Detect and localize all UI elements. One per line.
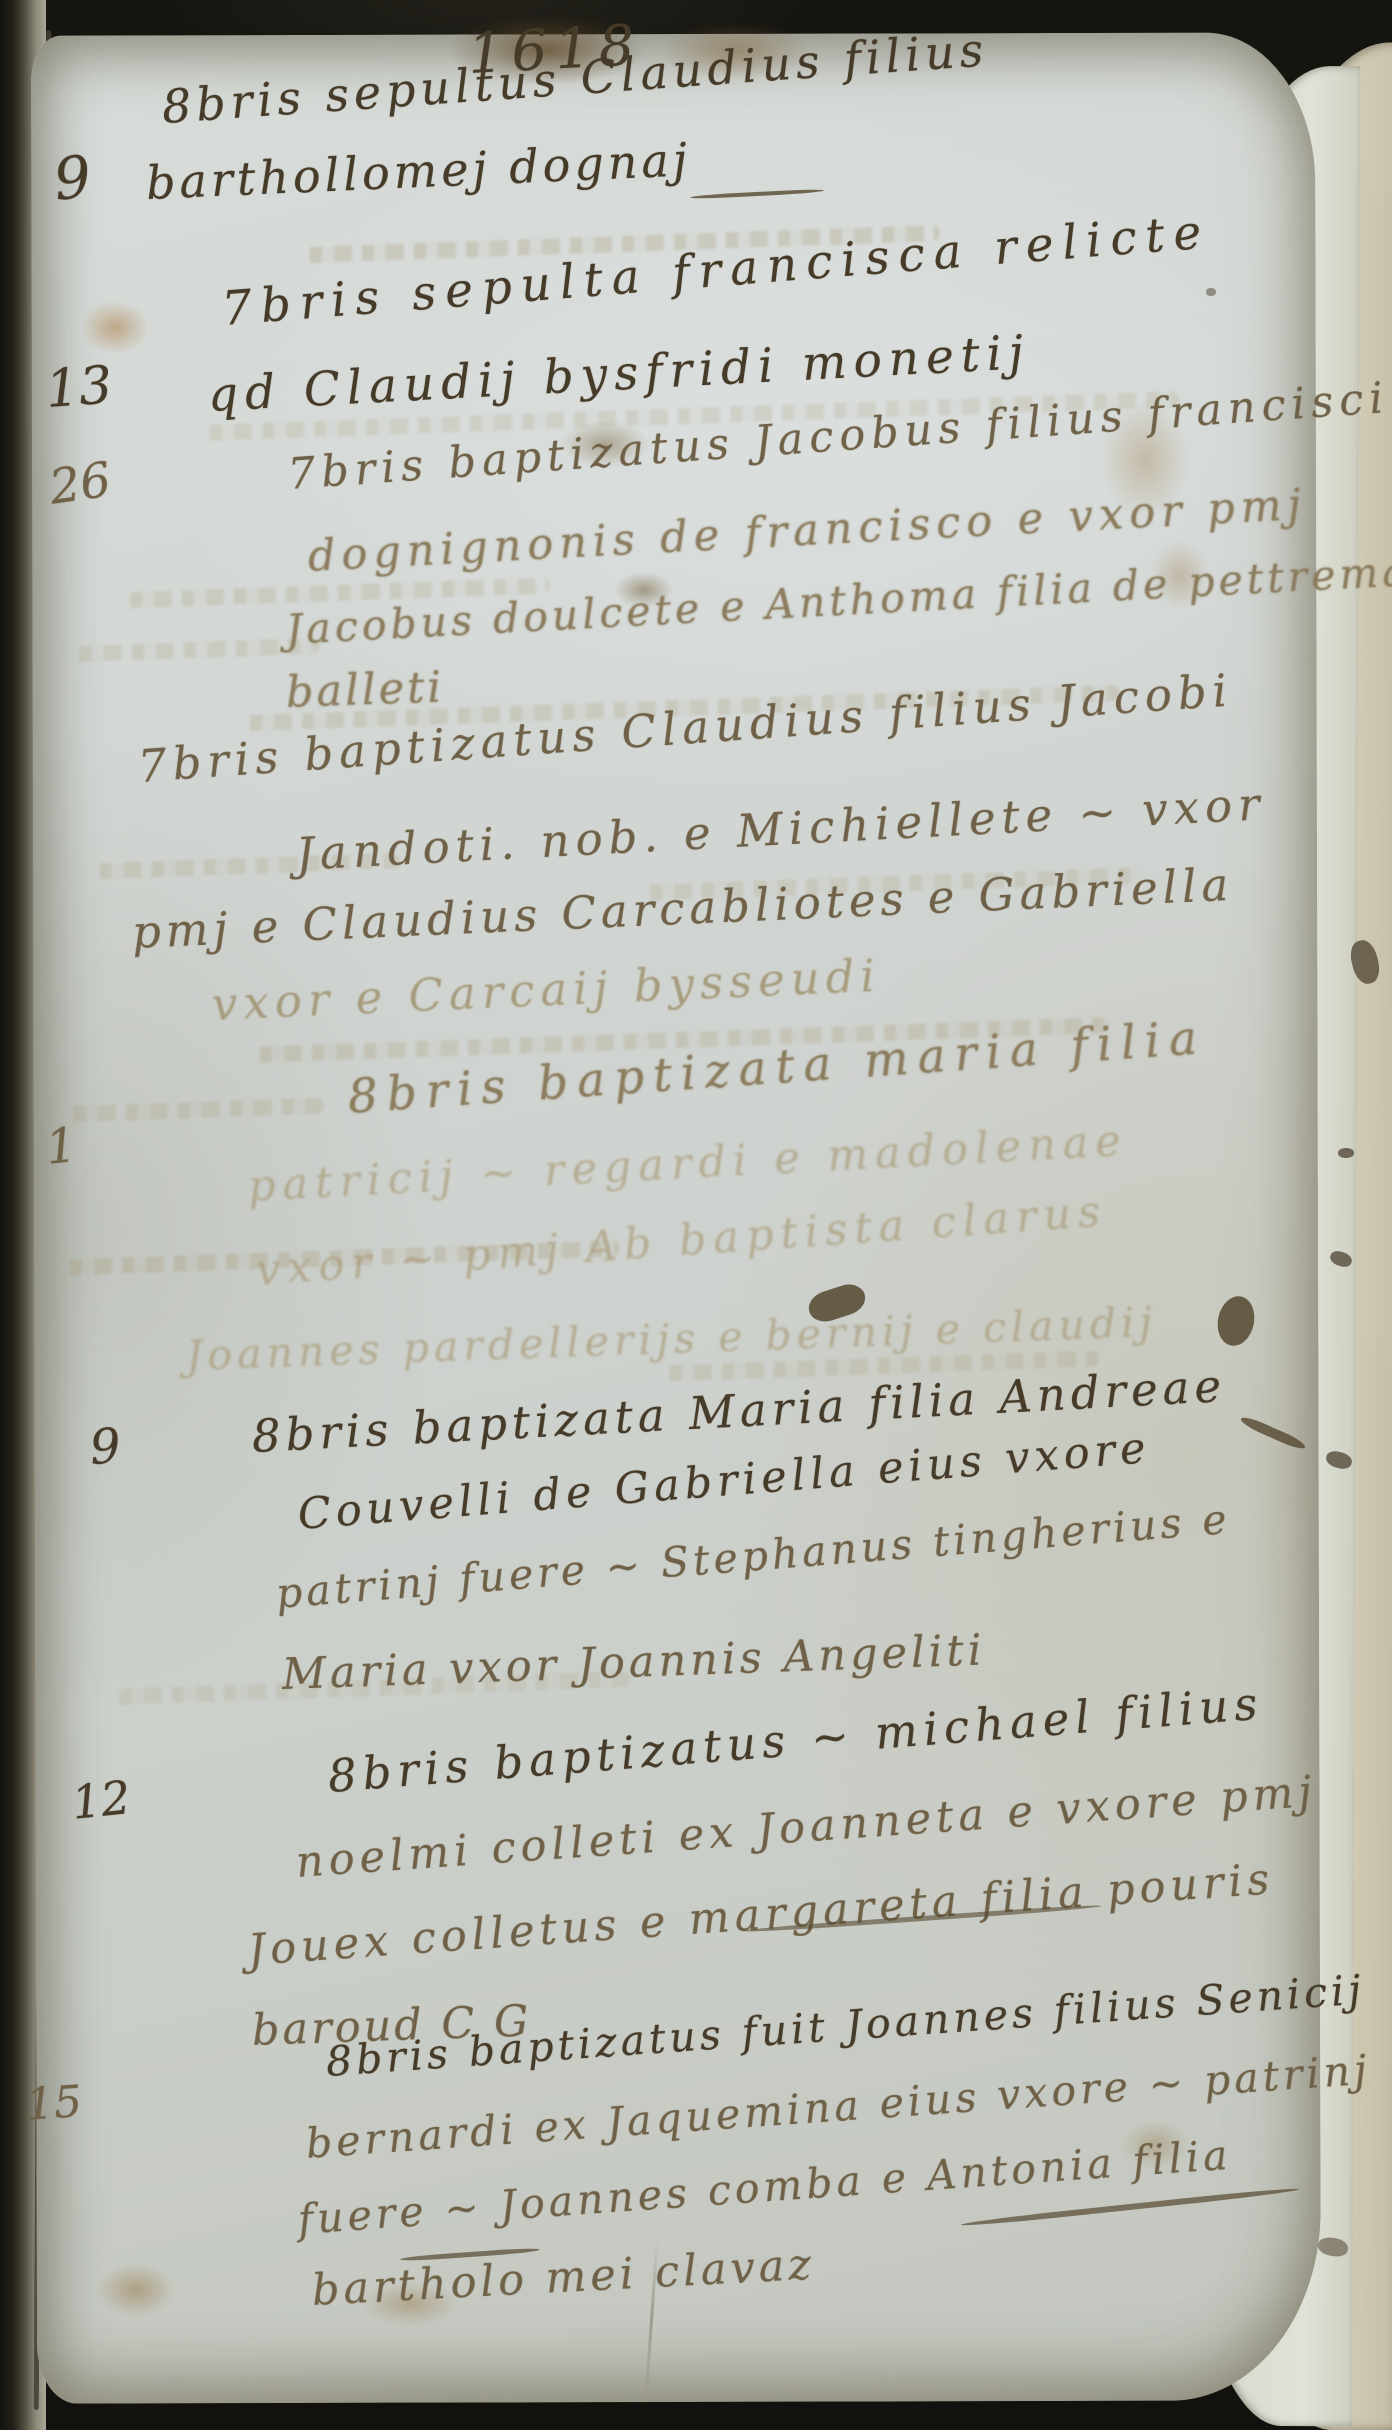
entry-3-line: balleti <box>285 662 445 717</box>
edge-ink-fragment <box>1206 288 1216 296</box>
entry-5-margin-day: 1 <box>43 1117 79 1176</box>
edge-ink-fragment <box>1338 1148 1354 1158</box>
entry-2-margin-day: 13 <box>44 355 114 419</box>
entry-6-margin-day: 9 <box>88 1418 122 1476</box>
entry-3-margin-day: 26 <box>46 452 114 516</box>
entry-7-margin-day: 12 <box>69 1770 133 1830</box>
entry-8-margin-day: 15 <box>24 2076 83 2131</box>
entry-1-margin-day: 9 <box>50 142 94 213</box>
manuscript-photo: 1618 9 8bris sepultus Claudius filius ba… <box>0 0 1392 2430</box>
